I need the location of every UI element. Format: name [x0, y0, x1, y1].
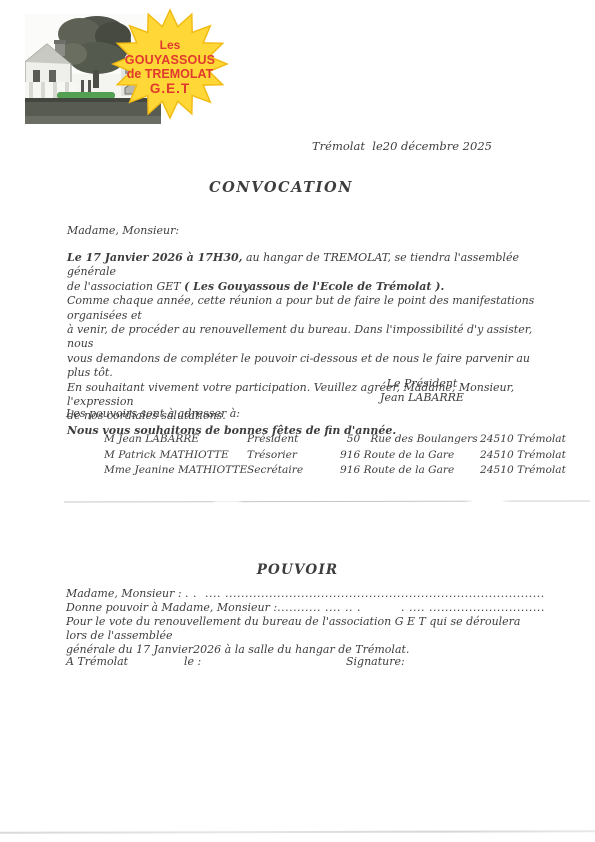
pouvoir-name-line: Madame, Monsieur : . . .... ............…: [66, 587, 544, 601]
salutation: Madame, Monsieur:: [67, 224, 179, 237]
officer-city: 24510 Trémolat: [480, 463, 566, 479]
officer-role: Secrétaire: [247, 463, 340, 479]
officer-role: Trésorier: [247, 448, 340, 464]
date-label: le :: [184, 655, 201, 668]
pouvoir-form: Madame, Monsieur : . . .... ............…: [66, 587, 544, 657]
pouvoir-name-blank: . . .... ...............................…: [185, 587, 544, 601]
pouvoir-delegate-label: Donne pouvoir à Madame, Monsieur :: [66, 601, 277, 615]
officer-name: M Patrick MATHIOTTE: [104, 448, 247, 464]
logo-line-2: GOUYASSOUS: [125, 53, 215, 68]
pouvoir-purpose-line-1: Pour le vote du renouvellement du bureau…: [66, 615, 544, 643]
body-line-4: à venir, de procéder au renouvellement d…: [67, 323, 547, 352]
signer-name: Jean LABARRE: [362, 391, 482, 405]
signature-row: A Trémolat le : Signature:: [66, 655, 544, 671]
signer-role: Le Président: [362, 377, 482, 391]
signature-block: Le Président Jean LABARRE: [362, 377, 482, 405]
officer-address: 916 Route de la Gare: [340, 463, 480, 479]
body-line-1: Le 17 Janvier 2026 à 17H30, au hangar de…: [67, 251, 547, 280]
scan-artifact-line: [0, 830, 595, 833]
officer-address: 50 Rue des Boulangers: [340, 432, 480, 448]
logo-line-1: Les: [160, 38, 181, 53]
association-name: ( Les Gouyassous de l'Ecole de Trémolat …: [184, 280, 444, 293]
logo-text: Les GOUYASSOUS de TREMOLAT G.E.T: [111, 7, 229, 121]
place-label: A Trémolat: [66, 655, 128, 668]
pouvoir-delegate-blank: ........... .... .. . . .... ...........…: [277, 601, 544, 615]
body-line-2-plain: de l'association GET: [67, 280, 184, 293]
meeting-datetime: Le 17 Janvier 2026 à 17H30,: [67, 251, 242, 264]
pouvoir-name-label: Madame, Monsieur :: [66, 587, 185, 601]
signature-label: Signature:: [346, 655, 405, 668]
officer-address: 916 Route de la Gare: [340, 448, 480, 464]
officers-table: M Jean LABARRE Président 50 Rue des Boul…: [104, 432, 566, 479]
pouvoirs-intro: Les pouvoirs sont à adresser à:: [66, 407, 240, 420]
body-line-3: Comme chaque année, cette réunion a pour…: [67, 294, 547, 323]
logo-line-3: de TREMOLAT: [127, 67, 214, 82]
pouvoir-delegate-line: Donne pouvoir à Madame, Monsieur : .....…: [66, 601, 544, 615]
officer-city: 24510 Trémolat: [480, 448, 566, 464]
body-line-2: de l'association GET ( Les Gouyassous de…: [67, 280, 547, 294]
dateline: Trémolat le20 décembre 2025: [312, 139, 492, 153]
officer-name: Mme Jeanine MATHIOTTE: [104, 463, 247, 479]
pouvoir-title: POUVOIR: [0, 562, 595, 578]
officer-name: M Jean LABARRE: [104, 432, 247, 448]
logo-line-4: G.E.T: [150, 82, 190, 97]
scanned-letter-page: Les GOUYASSOUS de TREMOLAT G.E.T Trémola…: [0, 0, 595, 842]
association-sun-logo: Les GOUYASSOUS de TREMOLAT G.E.T: [111, 7, 229, 121]
officer-role: Président: [247, 432, 340, 448]
officer-city: 24510 Trémolat: [480, 432, 566, 448]
document-title: CONVOCATION: [209, 179, 353, 196]
section-divider: [64, 501, 590, 503]
